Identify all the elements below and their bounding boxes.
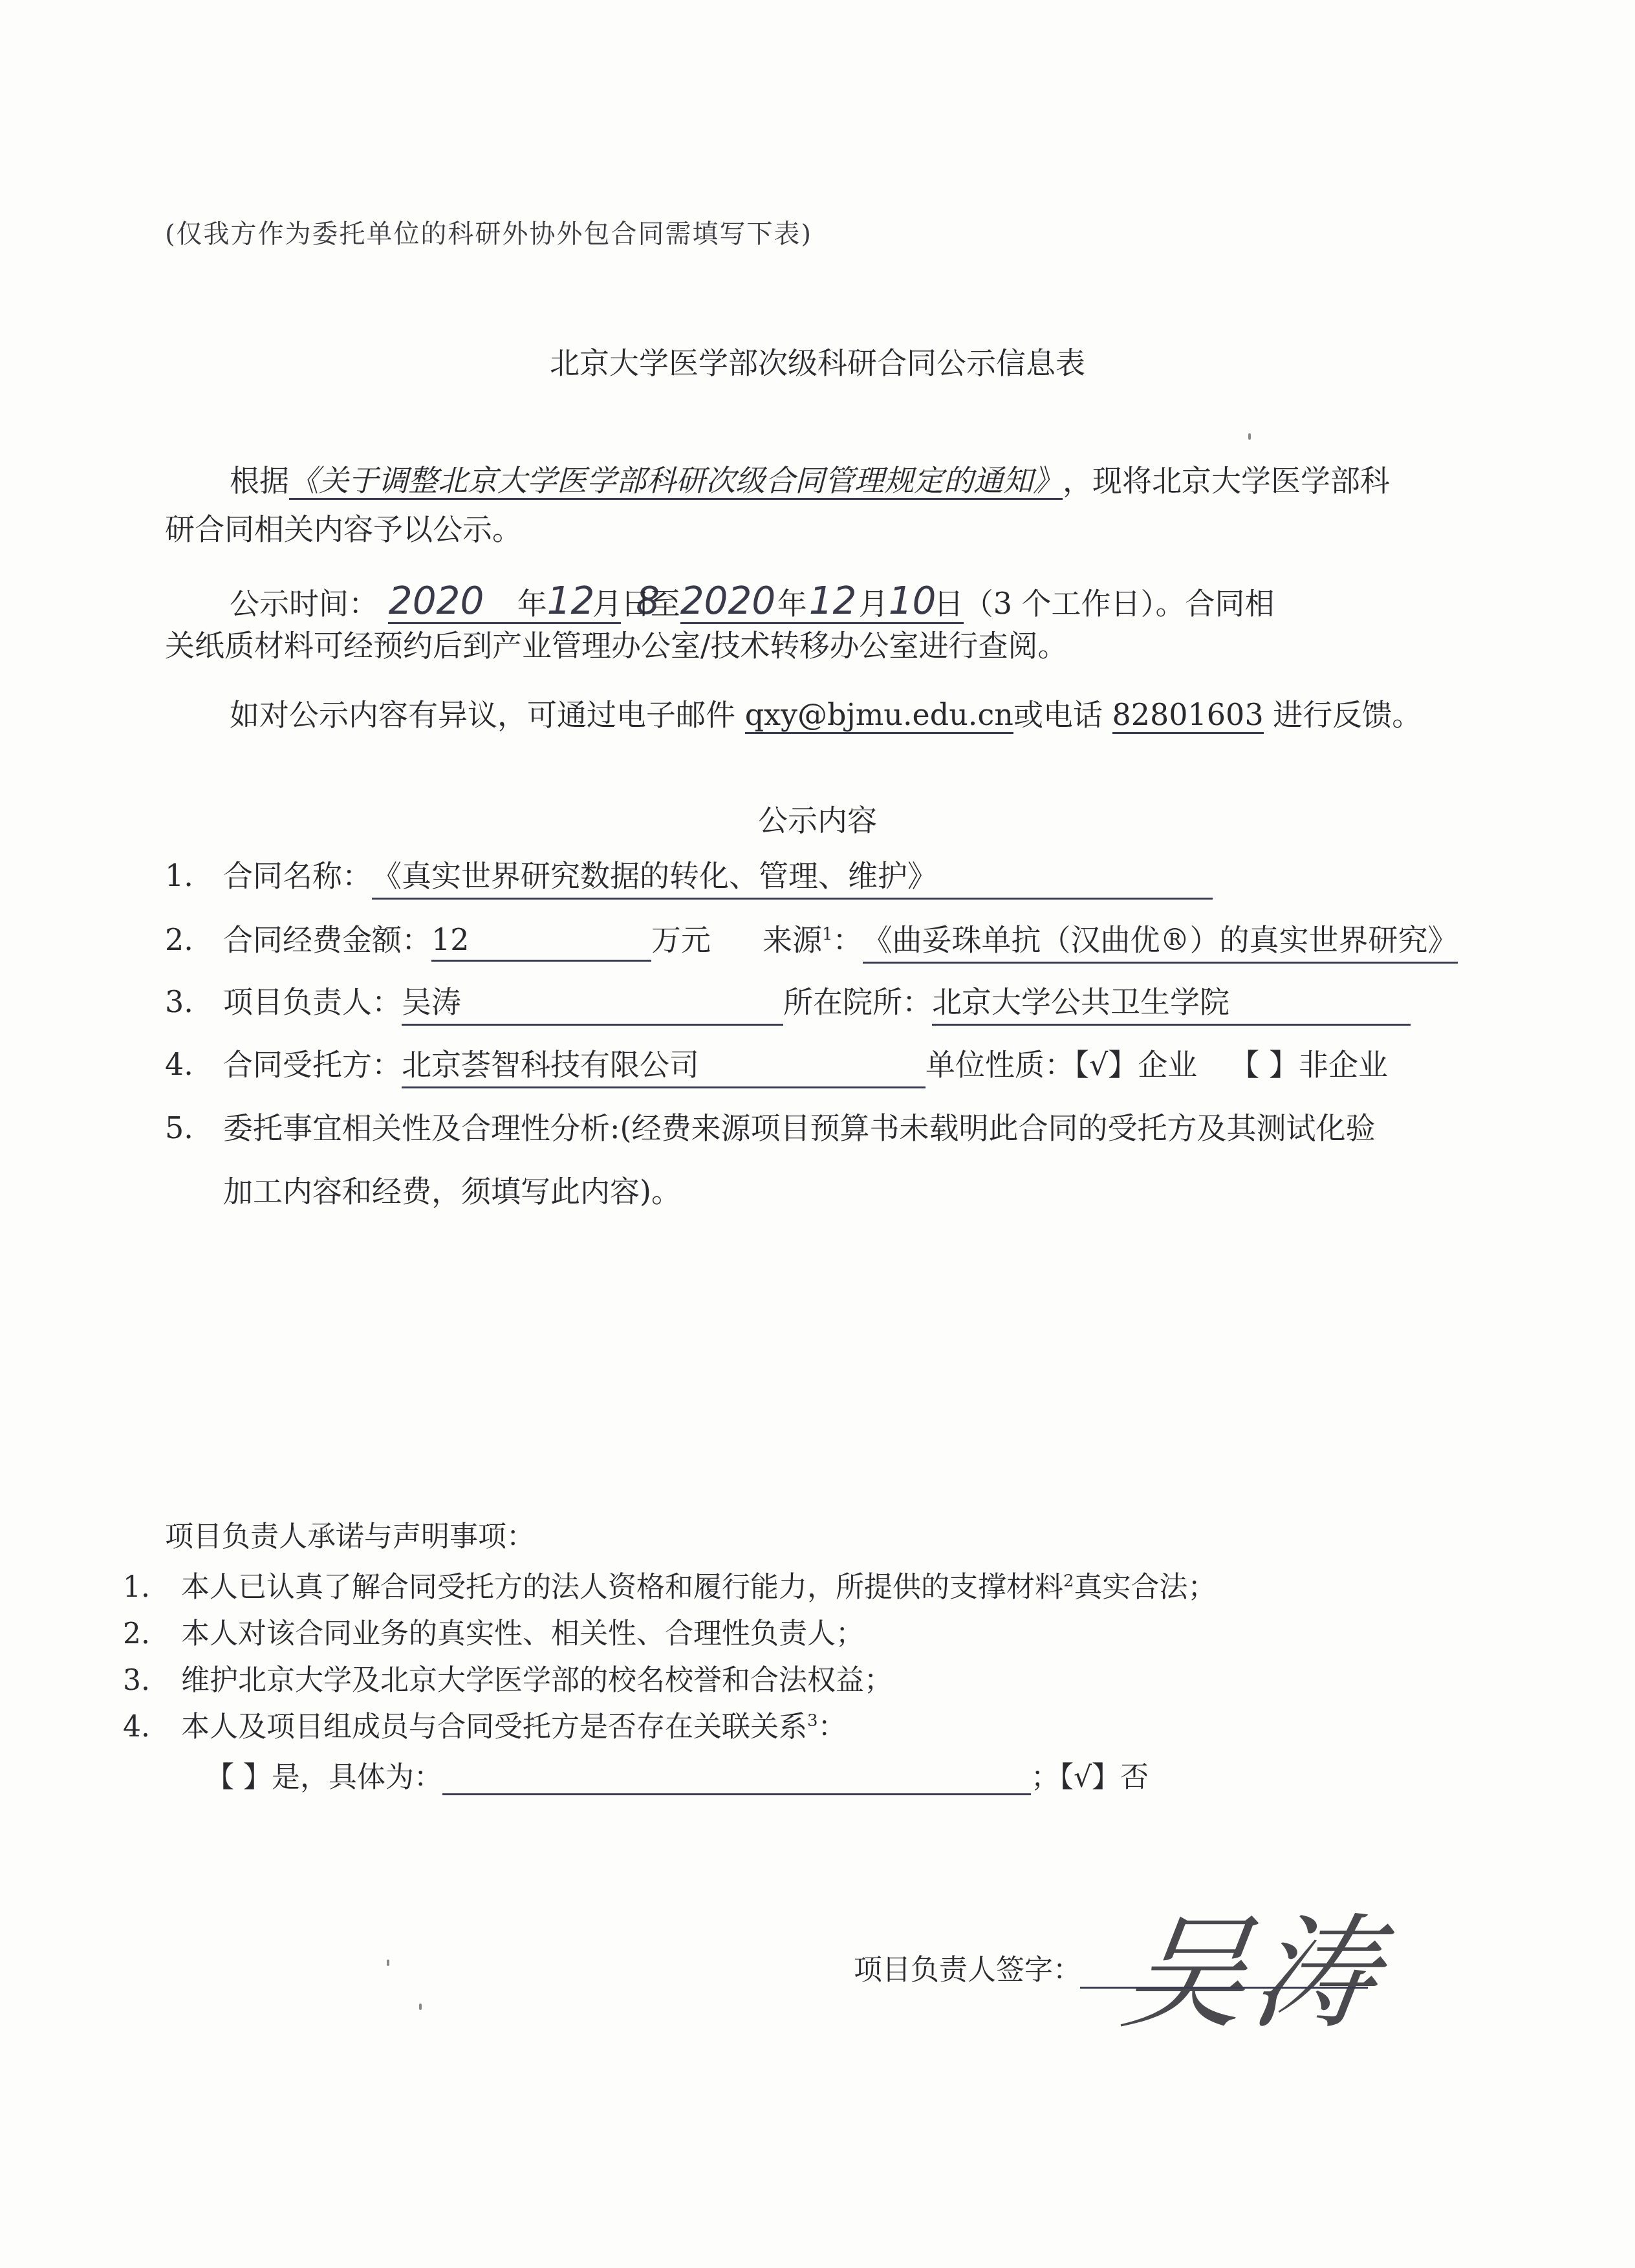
item-analysis: 5.委托事宜相关性及合理性分析:(经费来源项目预算书未载明此合同的受托方及其测试… — [165, 1105, 1375, 1147]
relation-options: 【 】是，具体为：；【√】否 — [206, 1754, 1149, 1795]
feedback-email-link[interactable]: qxy@bjmu.edu.cn — [745, 700, 1013, 734]
signature-label: 项目负责人签字： — [854, 1947, 1081, 1988]
year-char: 年 — [777, 586, 807, 621]
feedback-prefix: 如对公示内容有异议，可通过电子邮件 — [230, 697, 745, 732]
amount-unit: 万元 — [651, 922, 711, 957]
item-number: 2. — [123, 1617, 181, 1650]
checkbox-relation-yes[interactable]: 【 】是，具体为： — [206, 1761, 442, 1794]
contract-name-field: 《真实世界研究数据的转化、管理、维护》 — [372, 852, 1213, 900]
analysis-instruction: (经费来源项目预算书未载明此合同的受托方及其测试化验 — [620, 1110, 1376, 1145]
to-text: 日至 — [621, 586, 680, 621]
item-label: 合同名称 — [223, 858, 342, 893]
declaration-item-2: 2.本人对该合同业务的真实性、相关性、合理性负责人； — [123, 1610, 864, 1652]
amount-field: 12 — [431, 922, 651, 962]
item-contract-amount: 2.合同经费金额：12万元来源1：《曲妥珠单抗（汉曲优®）的真实世界研究》 — [165, 916, 1458, 964]
declaration-text: 本人已认真了解合同受托方的法人资格和履行能力，所提供的支撑材料 — [181, 1571, 1063, 1604]
item-contract-name: 1.合同名称：《真实世界研究数据的转化、管理、维护》 — [165, 852, 1213, 900]
footnote-3: 3 — [807, 1711, 818, 1731]
analysis-line-2: 加工内容和经费，须填写此内容)。 — [223, 1168, 681, 1211]
handwritten-signature: 吴涛 — [1113, 1875, 1396, 2052]
publicity-period: 公示时间： 2020年12月8 日至 2020年12月10日 （3 个工作日）。… — [230, 582, 1275, 624]
item-project-leader: 3.项目负责人：吴涛所在院所：北京大学公共卫生学院 — [165, 978, 1411, 1026]
footnote-2: 2 — [1063, 1571, 1074, 1591]
scan-speck — [419, 2003, 422, 2010]
regulation-link: 《关于调整北京大学医学部科研次级合同管理规定的通知》 — [289, 466, 1063, 500]
item-number: 4. — [123, 1711, 181, 1744]
item-label: 委托事宜相关性及合理性分析 — [223, 1110, 610, 1145]
source-label: 来源 — [763, 922, 822, 957]
item-number: 1. — [123, 1571, 181, 1604]
scan-speck — [387, 1960, 389, 1966]
start-month: 12 — [547, 582, 592, 620]
declaration-text: 维护北京大学及北京大学医学部的校名校誉和合法权益； — [181, 1664, 893, 1697]
day-char: 日 — [934, 586, 964, 621]
item-number: 5. — [165, 1110, 223, 1145]
month-char: 月 — [859, 586, 889, 621]
institute-label: 所在院所 — [783, 984, 902, 1019]
feedback-phone: 82801603 — [1112, 700, 1264, 734]
feedback-mid: 或电话 — [1013, 697, 1112, 732]
intro-suffix: ，现将北京大学医学部科 — [1063, 463, 1390, 498]
item-number: 2. — [165, 922, 223, 957]
item-number: 1. — [165, 858, 223, 893]
intro-prefix: 根据 — [230, 463, 289, 498]
checkbox-non-enterprise[interactable]: 【 】非企业 — [1229, 1047, 1388, 1082]
start-year: 2020 — [388, 582, 485, 620]
form-note: (仅我方作为委托单位的科研外协外包合同需填写下表) — [165, 213, 812, 250]
footnote-1: 1 — [822, 925, 833, 944]
scan-speck — [1248, 433, 1251, 440]
checkbox-enterprise[interactable]: 【√】企业 — [1074, 1047, 1197, 1082]
nature-label: 单位性质： — [926, 1047, 1074, 1082]
intro-line-1: 根据《关于调整北京大学医学部科研次级合同管理规定的通知》，现将北京大学医学部科 — [230, 466, 1390, 500]
institute-field: 北京大学公共卫生学院 — [932, 978, 1411, 1026]
leader-field: 吴涛 — [402, 978, 783, 1026]
year-char: 年 — [517, 586, 547, 621]
period-line-2: 关纸质材料可经预约后到产业管理办公室/技术转移办公室进行查阅。 — [165, 631, 1068, 660]
end-month: 12 — [807, 582, 859, 620]
item-number: 4. — [165, 1047, 223, 1082]
month-char: 月 — [592, 586, 622, 621]
end-day: 10 — [889, 582, 934, 620]
declaration-heading: 项目负责人承诺与声明事项： — [165, 1513, 535, 1555]
item-number: 3. — [165, 984, 223, 1019]
declaration-text: 本人对该合同业务的真实性、相关性、合理性负责人； — [181, 1617, 864, 1650]
period-tail: （3 个工作日）。合同相 — [964, 586, 1275, 621]
declaration-tail: ： — [818, 1711, 847, 1744]
funding-source-field: 《曲妥珠单抗（汉曲优®）的真实世界研究》 — [863, 916, 1458, 964]
intro-line-2: 研合同相关内容予以公示。 — [165, 514, 522, 544]
declaration-tail: 真实合法； — [1074, 1571, 1217, 1604]
relation-detail-field[interactable] — [442, 1762, 1031, 1795]
end-year: 2020 — [680, 582, 764, 620]
item-label: 合同受托方 — [223, 1047, 372, 1082]
checkbox-relation-no[interactable]: ；【√】否 — [1031, 1761, 1149, 1794]
feedback-suffix: 进行反馈。 — [1264, 697, 1422, 732]
content-heading: 公示内容 — [0, 797, 1635, 839]
period-label: 公示时间： — [230, 586, 378, 621]
start-date-field: 2020年12月8 — [388, 582, 621, 624]
item-label: 合同经费金额 — [223, 922, 402, 957]
declaration-item-1: 1.本人已认真了解合同受托方的法人资格和履行能力，所提供的支撑材料2真实合法； — [123, 1564, 1217, 1605]
feedback-line: 如对公示内容有异议，可通过电子邮件 qxy@bjmu.edu.cn或电话 828… — [230, 700, 1422, 734]
declaration-text: 本人及项目组成员与合同受托方是否存在关联关系 — [181, 1711, 807, 1744]
signature-line — [1080, 1987, 1368, 1989]
page-title: 北京大学医学部次级科研合同公示信息表 — [0, 340, 1635, 382]
item-number: 3. — [123, 1664, 181, 1697]
declaration-item-3: 3.维护北京大学及北京大学医学部的校名校誉和合法权益； — [123, 1657, 893, 1698]
declaration-item-4: 4.本人及项目组成员与合同受托方是否存在关联关系3： — [123, 1703, 847, 1745]
item-label: 项目负责人 — [223, 984, 372, 1019]
end-date-field: 2020年12月10日 — [680, 582, 964, 624]
item-contractor: 4.合同受托方：北京荟智科技有限公司单位性质：【√】企业【 】非企业 — [165, 1041, 1388, 1088]
contractor-field: 北京荟智科技有限公司 — [402, 1041, 926, 1088]
